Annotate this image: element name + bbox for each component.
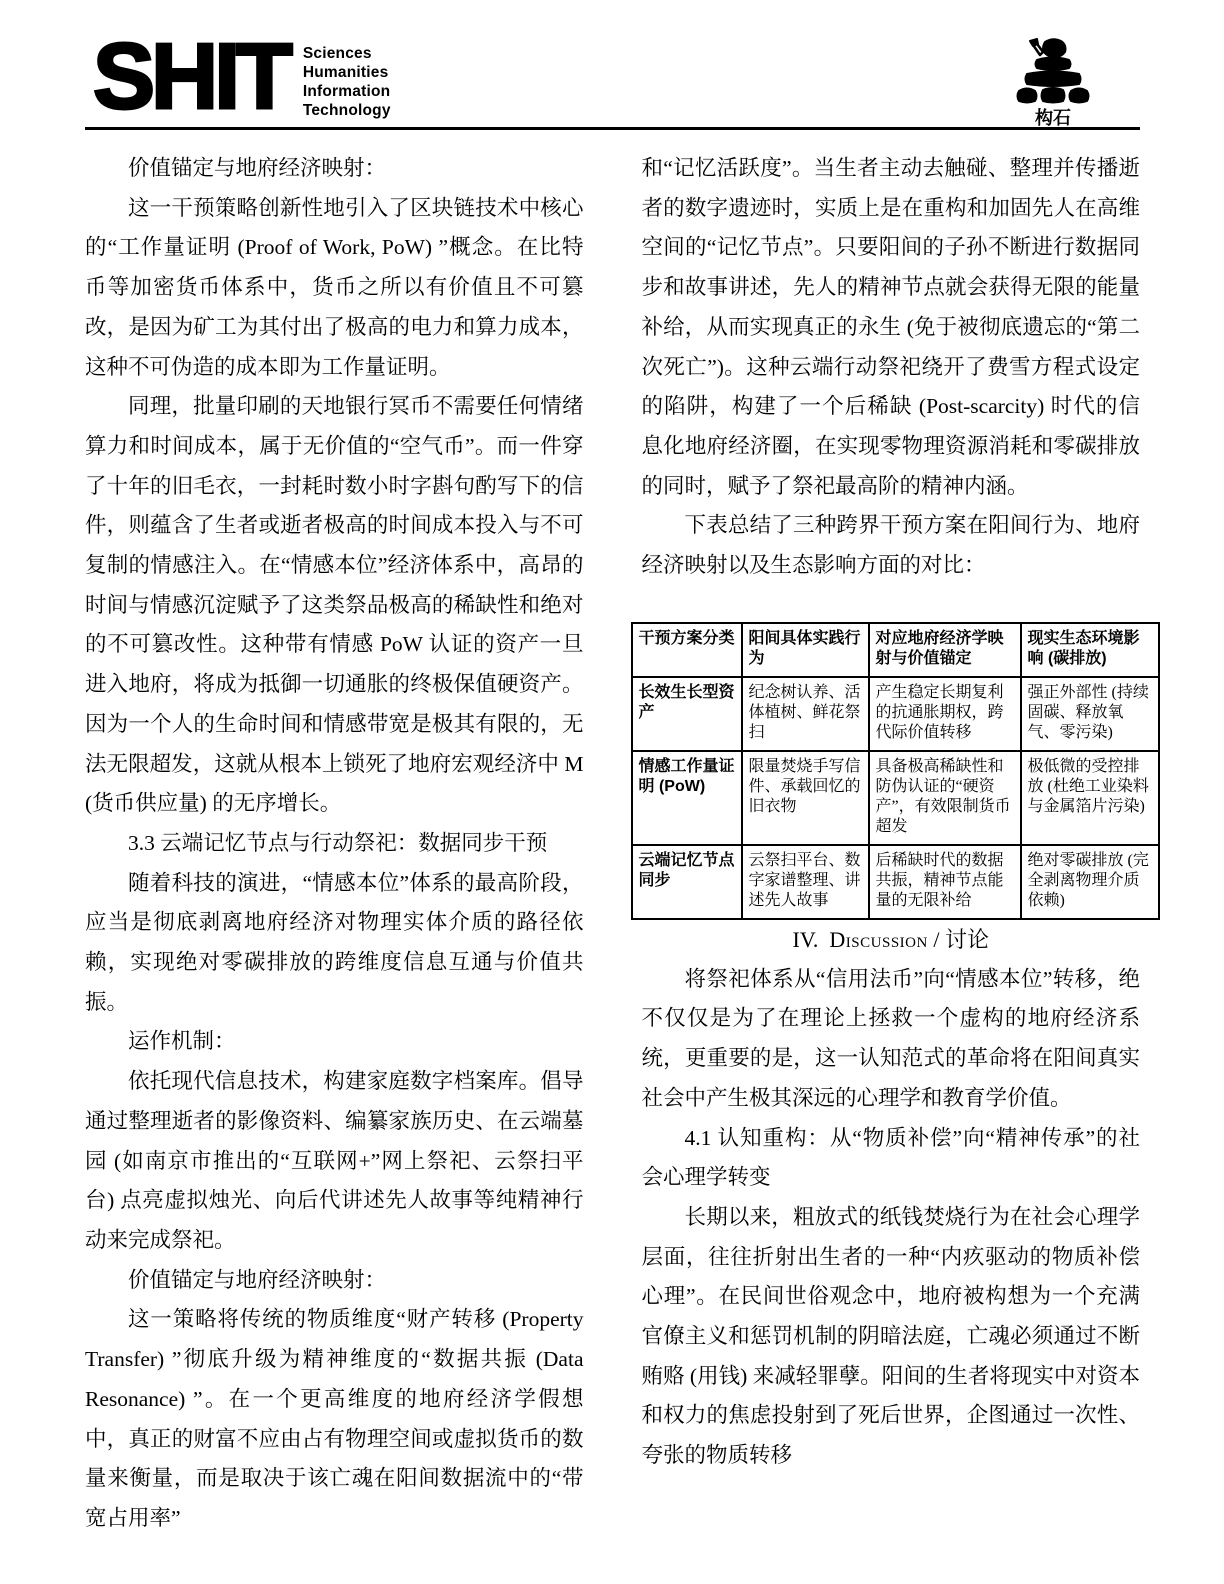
tagline-line: Technology [303, 101, 391, 120]
table-row: 云端记忆节点同步 云祭扫平台、数字家谱整理、讲述先人故事 后稀缺时代的数据共振，… [632, 845, 1159, 919]
table-header-cell: 对应地府经济学映射与价值锚定 [869, 623, 1021, 677]
section-title-en: Discussion [829, 927, 927, 952]
tagline-line: Sciences [303, 44, 391, 63]
table-cell: 云祭扫平台、数字家谱整理、讲述先人故事 [742, 845, 869, 919]
table-cell: 极低微的受控排放 (杜绝工业染料与金属箔片污染) [1021, 751, 1159, 845]
masthead: SHIT Sciences Humanities Information Tec… [93, 36, 391, 120]
table-cell: 强正外部性 (持续固碳、释放氧气、零污染) [1021, 677, 1159, 751]
left-column: 价值锚定与地府经济映射： 这一干预策略创新性地引入了区块链技术中核心的“工作量证… [85, 149, 584, 1539]
section-title-zh: / 讨论 [928, 927, 989, 952]
paragraph: 价值锚定与地府经济映射： [85, 149, 584, 189]
table-cell: 后稀缺时代的数据共振，精神节点能量的无限补给 [869, 845, 1021, 919]
table-header-cell: 阳间具体实践行为 [742, 623, 869, 677]
comparison-table: 干预方案分类 阳间具体实践行为 对应地府经济学映射与价值锚定 现实生态环境影响 … [631, 622, 1160, 920]
table-cell: 具备极高稀缺性和防伪认证的“硬资产”，有效限制货币超发 [869, 751, 1021, 845]
table-header-cell: 干预方案分类 [632, 623, 742, 677]
right-column: 和“记忆活跃度”。当生者主动去触碰、整理并传播逝者的数字遗迹时，实质上是在重构和… [642, 149, 1141, 1539]
tagline-line: Information [303, 82, 391, 101]
table-cell: 产生稳定长期复利的抗通胀期权，跨代际价值转移 [869, 677, 1021, 751]
paragraph: 价值锚定与地府经济映射： [85, 1261, 584, 1301]
stone-pile-icon [1007, 38, 1099, 104]
table-cell: 云端记忆节点同步 [632, 845, 742, 919]
subsection-heading: 3.3 云端记忆节点与行动祭祀：数据同步干预 [85, 824, 584, 864]
table-header-row: 干预方案分类 阳间具体实践行为 对应地府经济学映射与价值锚定 现实生态环境影响 … [632, 623, 1159, 677]
table-row: 长效生长型资产 纪念树认养、活体植树、鲜花祭扫 产生稳定长期复利的抗通胀期权，跨… [632, 677, 1159, 751]
paragraph: 长期以来，粗放式的纸钱焚烧行为在社会心理学层面，往往折射出生者的一种“内疚驱动的… [642, 1198, 1141, 1476]
journal-page: SHIT Sciences Humanities Information Tec… [0, 0, 1224, 1584]
section-heading: IV. Discussion / 讨论 [642, 920, 1141, 960]
journal-logo: SHIT [93, 36, 289, 116]
paragraph: 同理，批量印刷的天地银行冥币不需要任何情绪算力和时间成本，属于无价值的“空气币”… [85, 387, 584, 824]
paragraph: 这一干预策略创新性地引入了区块链技术中核心的“工作量证明 (Proof of W… [85, 189, 584, 388]
paragraph: 将祭祀体系从“信用法币”向“情感本位”转移，绝不仅仅是为了在理论上拯救一个虚构的… [642, 960, 1141, 1119]
table-header-cell: 现实生态环境影响 (碳排放) [1021, 623, 1159, 677]
publisher-logo: 构石 [998, 38, 1108, 130]
paragraph: 依托现代信息技术，构建家庭数字档案库。倡导通过整理逝者的影像资料、编纂家族历史、… [85, 1062, 584, 1261]
paragraph: 这一策略将传统的物质维度“财产转移 (Property Transfer) ”彻… [85, 1300, 584, 1538]
tagline-line: Humanities [303, 63, 391, 82]
journal-tagline: Sciences Humanities Information Technolo… [303, 44, 391, 120]
paragraph: 随着科技的演进，“情感本位”体系的最高阶段，应当是彻底剥离地府经济对物理实体介质… [85, 864, 584, 1023]
table-cell: 绝对零碳排放 (完全剥离物理介质依赖) [1021, 845, 1159, 919]
table-row: 情感工作量证明 (PoW) 限量焚烧手写信件、承载回忆的旧衣物 具备极高稀缺性和… [632, 751, 1159, 845]
table-cell: 情感工作量证明 (PoW) [632, 751, 742, 845]
subsection-heading: 4.1 认知重构：从“物质补偿”向“精神传承”的社会心理学转变 [642, 1119, 1141, 1198]
table-cell: 纪念树认养、活体植树、鲜花祭扫 [742, 677, 869, 751]
masthead-rule [85, 127, 1140, 130]
paragraph: 下表总结了三种跨界干预方案在阳间行为、地府经济映射以及生态影响方面的对比： [642, 506, 1141, 585]
paragraph: 运作机制： [85, 1022, 584, 1062]
paragraph: 和“记忆活跃度”。当生者主动去触碰、整理并传播逝者的数字遗迹时，实质上是在重构和… [642, 149, 1141, 506]
table-cell: 长效生长型资产 [632, 677, 742, 751]
article-body: 价值锚定与地府经济映射： 这一干预策略创新性地引入了区块链技术中核心的“工作量证… [85, 149, 1140, 1539]
table-cell: 限量焚烧手写信件、承载回忆的旧衣物 [742, 751, 869, 845]
section-number: IV. [793, 927, 830, 952]
